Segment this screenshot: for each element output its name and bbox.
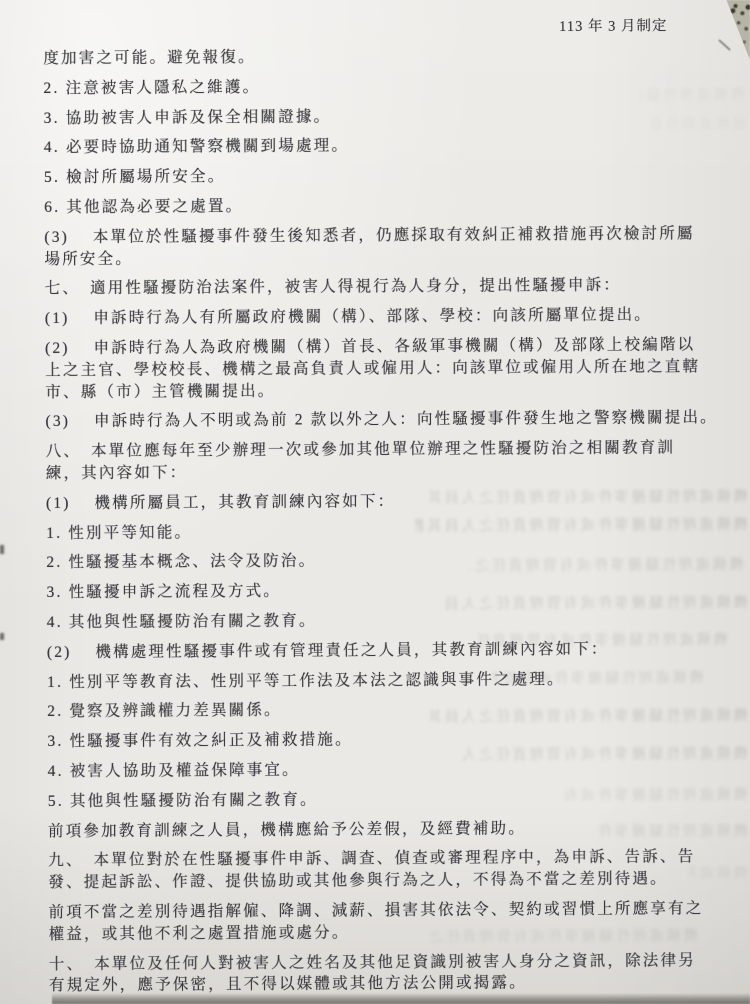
- doc-paragraph: 4. 必要時協助通知警察機關到場處理。: [44, 133, 748, 159]
- doc-paragraph: 度加害之可能。避免報復。: [43, 44, 747, 70]
- doc-paragraph: 十、 本單位及任何人對被害人之姓名及其他足資識別被害人身分之資訊，除法律另 有規…: [49, 949, 750, 997]
- scan-bottom-shadow: [52, 993, 750, 1004]
- issued-date-label: 113 年 3 月制定: [559, 14, 667, 36]
- scanned-document-page: 113 年 3 月制定 度加害之可能。避免報復。 2. 注意被害人隱私之維護。 …: [0, 0, 750, 1004]
- doc-paragraph: 5. 檢討所屬場所安全。: [44, 163, 748, 189]
- scan-edge-speck: [0, 633, 4, 640]
- doc-paragraph: 5. 其他與性騷擾防治有關之教育。: [48, 786, 750, 812]
- document-body: 度加害之可能。避免報復。 2. 注意被害人隱私之維護。 3. 協助被害人申訴及保…: [43, 44, 750, 1004]
- doc-paragraph: 1. 性別平等知能。: [46, 518, 750, 544]
- document-sheet: 113 年 3 月制定 度加害之可能。避免報復。 2. 注意被害人隱私之維護。 …: [0, 0, 750, 1004]
- doc-paragraph: 3. 性騷擾申訴之流程及方式。: [46, 578, 750, 604]
- doc-paragraph: (2) 機構處理性騷擾事件或有管理責任之人員，其教育訓練內容如下：: [47, 637, 750, 663]
- doc-paragraph: 3. 性騷擾事件有效之糾正及補救措施。: [47, 727, 750, 753]
- doc-paragraph: 九、 本單位對於在性騷擾事件申訴、調查、偵查或審理程序中，為申訴、告訴、告 發、…: [48, 846, 750, 894]
- doc-paragraph: 前項不當之差別待遇指解僱、降調、減薪、損害其依法令、契約或習慣上所應享有之 權益…: [48, 898, 750, 946]
- doc-paragraph: (2) 申訴時行為人為政府機關（構）首長、各級軍事機關（構）及部隊上校編階以 上…: [45, 334, 749, 404]
- doc-paragraph: 2. 性騷擾基本概念、法令及防治。: [46, 548, 750, 574]
- doc-paragraph: 4. 被害人協助及權益保障事宜。: [48, 757, 750, 783]
- doc-paragraph: 3. 協助被害人申訴及保全相關證據。: [44, 103, 748, 129]
- doc-paragraph: 七、 適用性騷擾防治法案件，被害人得視行為人身分，提出性騷擾申訴：: [45, 274, 749, 300]
- doc-paragraph: 6. 其他認為必要之處置。: [44, 193, 748, 219]
- doc-paragraph: (3) 本單位於性騷擾事件發生後知悉者，仍應採取有效糾正補救措施再次檢討所屬 場…: [44, 222, 748, 270]
- doc-paragraph: 八、 本單位應每年至少辦理一次或參加其他單位辦理之性騷擾防治之相關教育訓 練，其…: [46, 437, 750, 485]
- doc-paragraph: (3) 申訴時行為人不明或為前 2 款以外之人：向性騷擾事件發生地之警察機關提出…: [45, 407, 749, 433]
- doc-paragraph: 1. 性別平等教育法、性別平等工作法及本法之認識與事件之處理。: [47, 667, 750, 693]
- doc-paragraph: 4. 其他與性騷擾防治有關之教育。: [47, 608, 750, 634]
- doc-paragraph: (1) 申訴時行為人有所屬政府機關（構）、部隊、學校：向該所屬單位提出。: [45, 304, 749, 330]
- scan-edge-speck: [0, 545, 4, 554]
- doc-paragraph: 2. 覺察及辨識權力差異關係。: [47, 697, 750, 723]
- doc-paragraph: 2. 注意被害人隱私之維護。: [43, 74, 747, 100]
- doc-paragraph: 前項參加教育訓練之人員，機構應給予公差假，及經費補助。: [48, 816, 750, 842]
- doc-paragraph: (1) 機構所屬員工，其教育訓練內容如下：: [46, 488, 750, 514]
